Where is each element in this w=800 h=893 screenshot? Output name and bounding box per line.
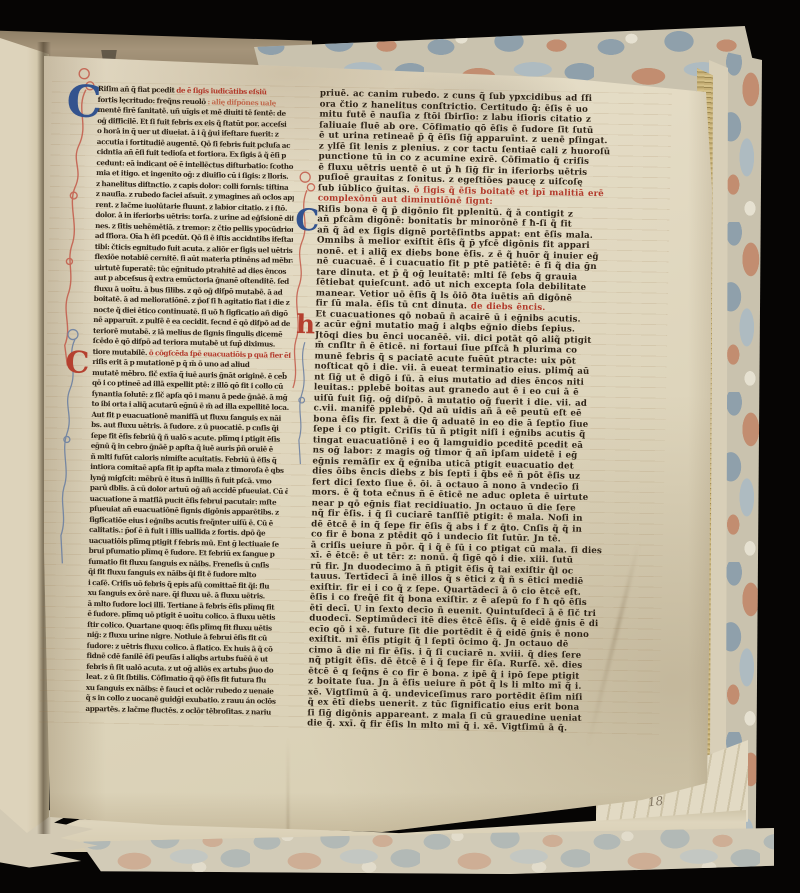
text-column-2: priuē. ac canim rubedo. z cuns q̃ ſub yp…: [307, 88, 638, 735]
parchment-fold: [287, 738, 289, 830]
text-column-1: Riſim añ q̃ fiat pcedit de ē ſigis iudic…: [85, 84, 296, 718]
manuscript-photo: Riſim añ q̃ fiat pcedit de ē ſigis iudic…: [0, 0, 800, 893]
decorated-initial-4: h: [296, 312, 315, 338]
decorated-initial-2: C: [65, 349, 89, 376]
fore-edge-marbled-strip: [722, 52, 762, 858]
body-text-segment: fortis lęcritudo: freq̃ns reuolō: [98, 94, 208, 105]
text-block: Riſim añ q̃ fiat pcedit de ē ſigis iudic…: [85, 84, 660, 747]
body-text-segment: tiore mutabilē.: [93, 346, 149, 356]
body-text-segment: Riſim añ q̃ fiat pcedit: [98, 84, 177, 95]
rubric-text-segment: de ē ſigis iudicātibs eſsiū: [176, 86, 266, 97]
decorated-initial-1: C: [66, 83, 102, 122]
rubric-text-segment: : alię diſpōnes ualę: [207, 97, 276, 107]
decorated-initial-3: C: [295, 207, 319, 234]
folio-number: 18: [647, 793, 675, 812]
